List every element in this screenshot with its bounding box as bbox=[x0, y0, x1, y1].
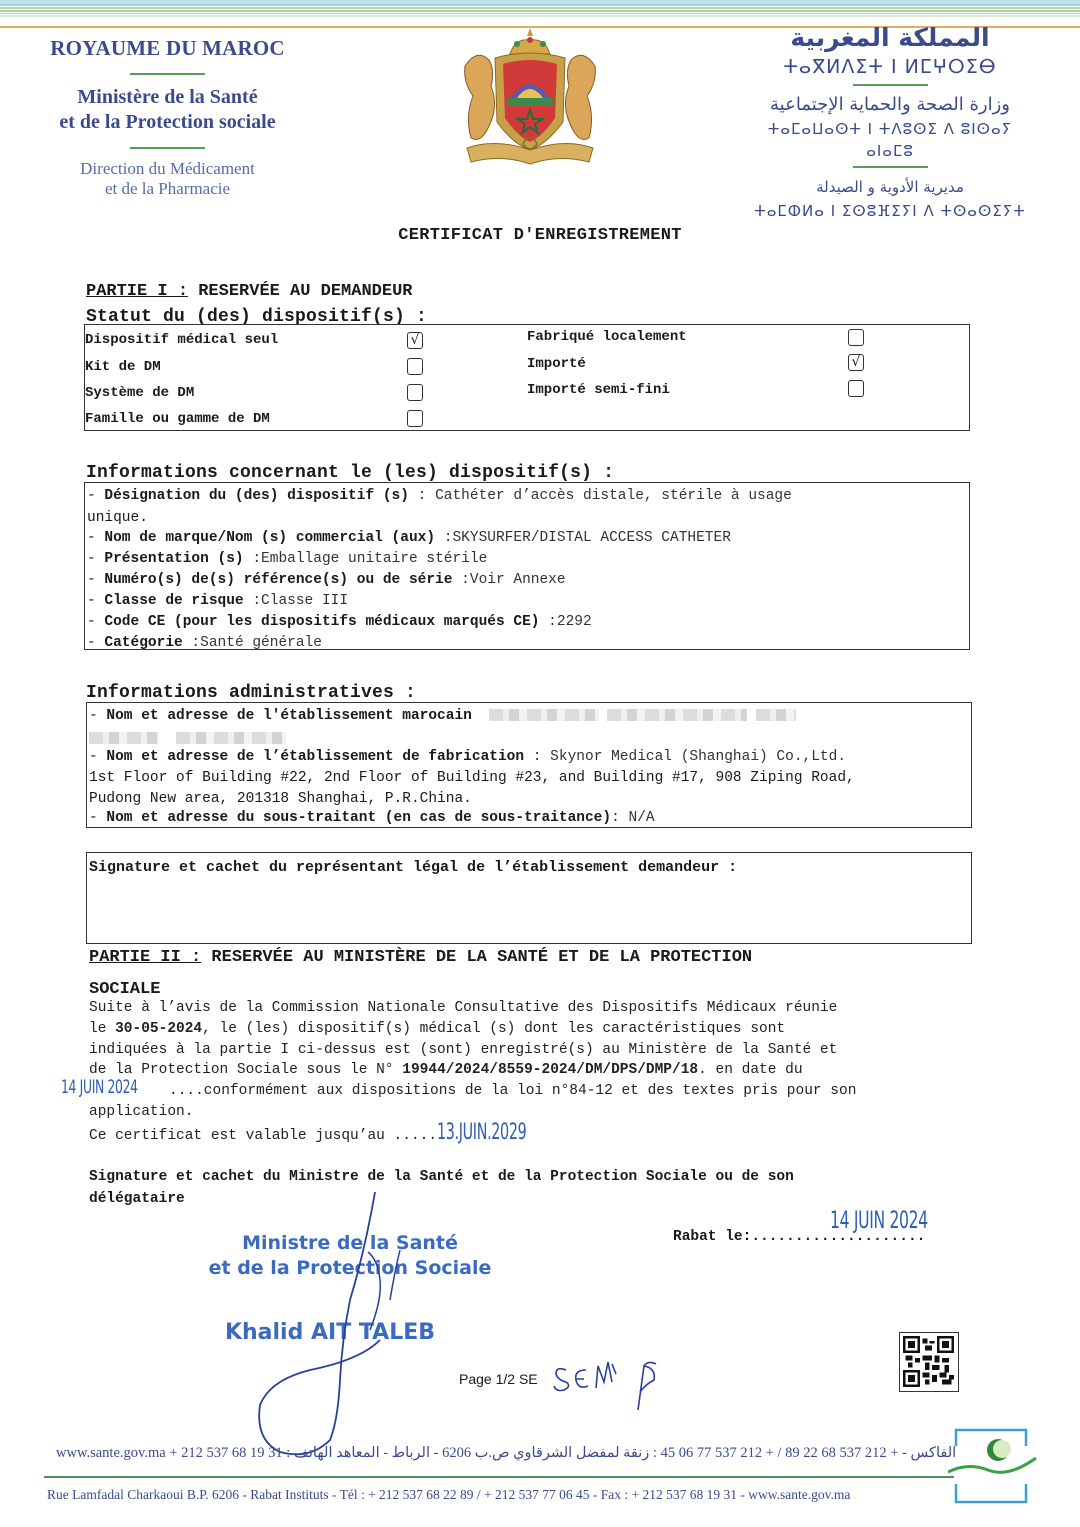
part2-label: PARTIE II : bbox=[89, 948, 201, 967]
ce-code-line: - Code CE (pour les dispositifs médicaux… bbox=[87, 614, 592, 630]
rabat-date-label: Rabat le:.................... bbox=[673, 1229, 925, 1245]
page-number: Page 1/2 SE bbox=[459, 1371, 538, 1387]
category-label: Catégorie bbox=[104, 635, 182, 651]
device-info-title: Informations concernant le (les) disposi… bbox=[86, 463, 614, 483]
decision-paragraph: Suite à l’avis de la Commission National… bbox=[89, 998, 972, 1147]
redacted-text bbox=[489, 709, 599, 721]
risk-class-label: Classe de risque bbox=[104, 593, 243, 609]
checkbox-dm-seul[interactable]: √ bbox=[407, 332, 423, 349]
device-info-box: - Désignation du (des) dispositif (s) : … bbox=[84, 482, 970, 650]
status-label-fabrique: Fabriqué localement bbox=[527, 329, 687, 345]
designation-line: - Désignation du (des) dispositif (s) : … bbox=[87, 488, 792, 504]
kingdom-name-tifinagh: ⵜⴰⴳⵍⴷⵉⵜ ⵏ ⵍⵎⵖⵔⵉⴱ bbox=[745, 54, 1035, 80]
local-establishment-label: Nom et adresse de l'établissement maroca… bbox=[106, 708, 471, 724]
text: . en date du bbox=[698, 1062, 802, 1078]
kingdom-name: ROYAUME DU MAROC bbox=[40, 36, 295, 61]
decision-line-3: indiquées à la partie I ci-dessus est (s… bbox=[89, 1040, 972, 1061]
checkbox-kit[interactable] bbox=[407, 358, 423, 375]
ministry-name-line2: et de la Protection sociale bbox=[40, 110, 295, 135]
checkbox-importe[interactable]: √ bbox=[848, 354, 864, 371]
redacted-text bbox=[176, 732, 286, 744]
designation-value: : Cathéter d’accès distale, stérile à us… bbox=[409, 488, 792, 504]
manufacturer-address-1: 1st Floor of Building #22, 2nd Floor of … bbox=[89, 770, 855, 786]
ministry-header-ar: المملكة المغربية ⵜⴰⴳⵍⴷⵉⵜ ⵏ ⵍⵎⵖⵔⵉⴱ وزارة … bbox=[745, 22, 1035, 222]
registration-date-stamp: 14 JUIN 2024 bbox=[61, 1077, 159, 1098]
presentation-line: - Présentation (s) :Emballage unitaire s… bbox=[87, 551, 487, 567]
part2-title: RESERVÉE AU MINISTÈRE DE LA SANTÉ ET DE … bbox=[211, 948, 752, 967]
footer-contact-ar: www.sante.gov.ma + 212 537 68 19 31 : ال… bbox=[56, 1445, 936, 1462]
registration-number: 19944/2024/8559-2024/DM/DPS/DMP/18 bbox=[402, 1062, 698, 1078]
redacted-text bbox=[607, 709, 747, 721]
divider bbox=[130, 73, 205, 75]
decision-line-4: de la Protection Sociale sous le N° 1994… bbox=[89, 1060, 972, 1081]
part1-title: RESERVÉE AU DEMANDEUR bbox=[198, 282, 412, 301]
local-establishment-cont bbox=[89, 731, 286, 747]
subcontractor-line: - Nom et adresse du sous-traitant (en ca… bbox=[89, 810, 655, 826]
status-label-importe: Importé bbox=[527, 356, 586, 372]
manufacturer-line: - Nom et adresse de l’établissement de f… bbox=[89, 749, 846, 765]
handwritten-signature-icon bbox=[250, 1190, 410, 1460]
risk-class-line: - Classe de risque :Classe III bbox=[87, 593, 348, 609]
decision-line-2: le 30-05-2024, le (les) dispositif(s) mé… bbox=[89, 1019, 972, 1040]
ce-code-label: Code CE (pour les dispositifs médicaux m… bbox=[104, 614, 539, 630]
applicant-signature-box: Signature et cachet du représentant léga… bbox=[86, 852, 972, 944]
reference-value: :Voir Annexe bbox=[452, 572, 565, 588]
divider bbox=[130, 147, 205, 149]
ministry-name-line1: Ministère de la Santé bbox=[40, 85, 295, 110]
decision-line-5: 14 JUIN 2024....conformément aux disposi… bbox=[89, 1081, 972, 1102]
device-status-box: Dispositif médical seul √ Kit de DM Syst… bbox=[84, 324, 970, 431]
text: , le (les) dispositif(s) médical (s) don… bbox=[202, 1021, 785, 1037]
brand-line: - Nom de marque/Nom (s) commercial (aux)… bbox=[87, 530, 731, 546]
redacted-text bbox=[89, 732, 159, 744]
coat-of-arms-icon bbox=[455, 26, 605, 171]
admin-info-box: - Nom et adresse de l'établissement maro… bbox=[86, 702, 972, 828]
risk-class-value: :Classe III bbox=[244, 593, 348, 609]
reference-line: - Numéro(s) de(s) référence(s) ou de sér… bbox=[87, 572, 566, 588]
ce-code-value: :2292 bbox=[539, 614, 591, 630]
status-label-systeme: Système de DM bbox=[85, 385, 194, 401]
brand-value: :SKYSURFER/DISTAL ACCESS CATHETER bbox=[435, 530, 731, 546]
part2-heading: PARTIE II : RESERVÉE AU MINISTÈRE DE LA … bbox=[89, 948, 752, 967]
status-label-semi-fini: Importé semi-fini bbox=[527, 382, 670, 398]
manufacturer-address-2: Pudong New area, 201318 Shanghai, P.R.Ch… bbox=[89, 791, 472, 807]
meeting-date: 30-05-2024 bbox=[115, 1021, 202, 1037]
text: ....conformément aux dispositions de la … bbox=[89, 1083, 856, 1099]
ministry-name-ar: وزارة الصحة والحماية الإجتماعية bbox=[745, 92, 1035, 118]
presentation-label: Présentation (s) bbox=[104, 551, 243, 567]
validity-date-stamp: 13.JUIN.2029 bbox=[437, 1123, 526, 1144]
decision-line-1: Suite à l’avis de la Commission National… bbox=[89, 998, 972, 1019]
ministry-logo-icon bbox=[948, 1428, 1038, 1504]
subcontractor-label: Nom et adresse du sous-traitant (en cas … bbox=[106, 810, 611, 826]
manufacturer-value: : Skynor Medical (Shanghai) Co.,Ltd. bbox=[524, 749, 846, 765]
direction-name-line2: et de la Pharmacie bbox=[40, 179, 295, 199]
admin-info-title: Informations administratives : bbox=[86, 683, 416, 703]
reference-label: Numéro(s) de(s) référence(s) ou de série bbox=[104, 572, 452, 588]
brand-label: Nom de marque/Nom (s) commercial (aux) bbox=[104, 530, 435, 546]
kingdom-name-ar: المملكة المغربية bbox=[745, 22, 1035, 54]
text: Signature et cachet du Ministre de la Sa… bbox=[89, 1166, 794, 1188]
part2-title-cont: SOCIALE bbox=[89, 980, 160, 999]
redacted-text bbox=[756, 709, 796, 721]
designation-label: Désignation du (des) dispositif (s) bbox=[104, 488, 409, 504]
validity-line: Ce certificat est valable jusqu’au .....… bbox=[89, 1123, 972, 1147]
text: délégataire bbox=[89, 1188, 794, 1210]
category-value: :Santé générale bbox=[183, 635, 322, 651]
minister-signature-label: Signature et cachet du Ministre de la Sa… bbox=[89, 1166, 794, 1210]
footer-divider bbox=[44, 1476, 954, 1478]
applicant-signature-label: Signature et cachet du représentant léga… bbox=[89, 859, 737, 876]
qr-code-icon[interactable] bbox=[899, 1332, 959, 1392]
checkbox-fabrique[interactable] bbox=[848, 329, 864, 346]
subcontractor-value: : N/A bbox=[611, 810, 655, 826]
direction-name-ar: مديرية الأدوية و الصيدلة bbox=[745, 174, 1035, 200]
text: le bbox=[89, 1021, 115, 1037]
direction-name-line1: Direction du Médicament bbox=[40, 159, 295, 179]
ministry-header-fr: ROYAUME DU MAROC Ministère de la Santé e… bbox=[40, 34, 295, 199]
status-label-famille: Famille ou gamme de DM bbox=[85, 411, 270, 427]
document-title: CERTIFICAT D'ENREGISTREMENT bbox=[0, 226, 1080, 245]
presentation-value: :Emballage unitaire stérile bbox=[244, 551, 488, 567]
checkbox-semi-fini[interactable] bbox=[848, 380, 864, 397]
checkbox-famille[interactable] bbox=[407, 410, 423, 427]
manufacturer-label: Nom et adresse de l’établissement de fab… bbox=[106, 749, 524, 765]
status-label-dm-seul: Dispositif médical seul bbox=[85, 332, 278, 348]
divider bbox=[853, 84, 928, 86]
divider bbox=[853, 166, 928, 168]
designation-cont: unique. bbox=[87, 510, 148, 526]
ministry-name-tifinagh: ⵜⴰⵎⴰⵡⴰⵙⵜ ⵏ ⵜⴷⵓⵙⵉ ⴷ ⵓⵏⵙⴰⵢ ⴰⵏⴰⵎⵓ bbox=[745, 118, 1035, 162]
direction-name-tifinagh: ⵜⴰⵎⵀⵍⴰ ⵏ ⵉⵙⵓⴼⵉⵢⵏ ⴷ ⵜⵙⴰⵙⵉⵢⵜ bbox=[745, 200, 1035, 222]
category-line: - Catégorie :Santé générale bbox=[87, 635, 322, 651]
part1-label: PARTIE I : bbox=[86, 282, 188, 301]
decision-line-6: application. bbox=[89, 1102, 972, 1123]
initials-signature-icon bbox=[550, 1352, 670, 1412]
text: Ce certificat est valable jusqu’au ..... bbox=[89, 1128, 437, 1144]
checkbox-systeme[interactable] bbox=[407, 384, 423, 401]
part1-heading: PARTIE I : RESERVÉE AU DEMANDEUR bbox=[86, 282, 412, 301]
local-establishment-line: - Nom et adresse de l'établissement maro… bbox=[89, 708, 796, 724]
status-label-kit: Kit de DM bbox=[85, 359, 161, 375]
footer-contact-fr: Rue Lamfadal Charkaoui B.P. 6206 - Rabat… bbox=[47, 1487, 850, 1503]
